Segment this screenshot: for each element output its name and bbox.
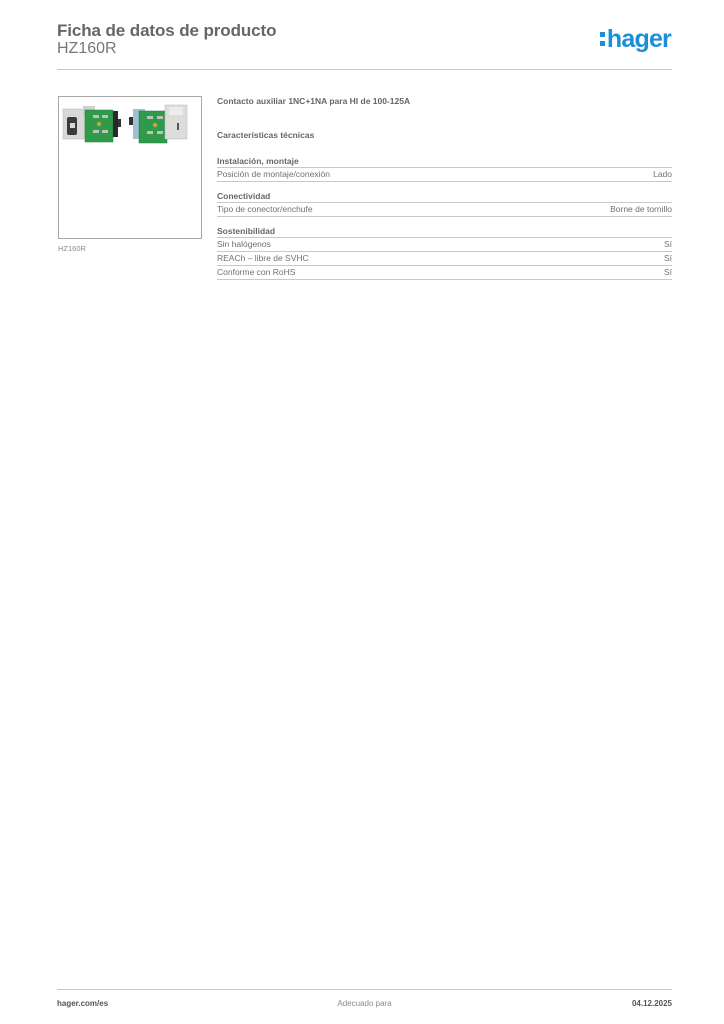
logo-colon-icon [600,29,605,48]
spec-label: Sin halógenos [217,238,271,251]
auxiliary-contact-product-photo-icon [59,97,201,238]
footer-note: Adecuado para [57,999,672,1008]
product-description: Contacto auxiliar 1NC+1NA para HI de 100… [217,96,672,130]
document-date: 04.12.2025 [632,999,672,1008]
logo-text: hager [607,25,671,53]
page-header: Ficha de datos de producto HZ160R hager [57,20,672,70]
spec-group-connectivity: Conectividad Tipo de conector/enchufe Bo… [217,191,672,217]
spec-row: Posición de montaje/conexión Lado [217,168,672,182]
spec-row: Sin halógenos Sí [217,238,672,252]
spec-label: Conforme con RoHS [217,266,295,279]
product-reference: HZ160R [57,40,117,58]
page-footer: hager.com/es Adecuado para 04.12.2025 [57,989,672,1019]
image-caption: HZ160R [58,244,86,253]
specs-heading: Características técnicas [217,130,672,156]
spec-group-title: Instalación, montaje [217,156,672,168]
document-title: Ficha de datos de producto [57,21,276,41]
spec-label: Posición de montaje/conexión [217,168,330,181]
spec-value: Borne de tornillo [610,203,672,216]
spec-row: Tipo de conector/enchufe Borne de tornil… [217,203,672,217]
spec-value: Sí [664,238,672,251]
spec-label: REACh – libre de SVHC [217,252,309,265]
spec-group-title: Conectividad [217,191,672,203]
spec-row: Conforme con RoHS Sí [217,266,672,280]
spec-row: REACh – libre de SVHC Sí [217,252,672,266]
spec-group-installation: Instalación, montaje Posición de montaje… [217,156,672,182]
spec-group-sustainability: Sostenibilidad Sin halógenos Sí REACh – … [217,226,672,280]
spec-group-title: Sostenibilidad [217,226,672,238]
spec-value: Sí [664,252,672,265]
spec-label: Tipo de conector/enchufe [217,203,313,216]
hager-logo: hager [600,24,671,54]
spec-value: Lado [653,168,672,181]
product-specifications: Contacto auxiliar 1NC+1NA para HI de 100… [217,96,672,289]
product-image [58,96,202,239]
spec-value: Sí [664,266,672,279]
